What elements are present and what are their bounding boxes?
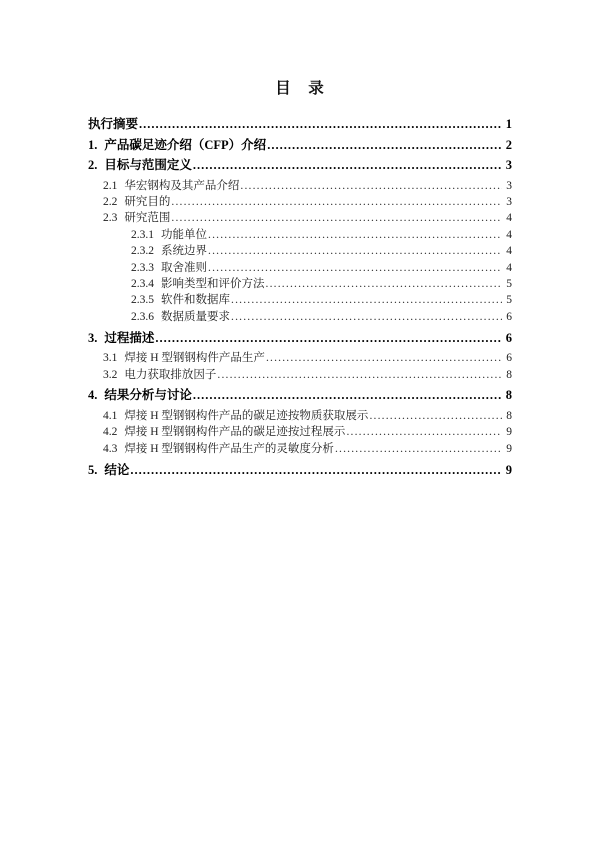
toc-entry-page: 9 xyxy=(503,441,512,457)
toc-entry: 2.3.6 数据质量要求 6 xyxy=(88,309,512,325)
toc-entry-number: 3.2 xyxy=(103,367,117,383)
toc-entry-label: 取舍准则 xyxy=(161,260,207,276)
toc-entry-label: 软件和数据库 xyxy=(161,292,230,308)
toc-entry-number: 5. xyxy=(88,462,97,478)
toc-entry: 2.3.3 取舍准则 4 xyxy=(88,260,512,276)
toc-entry-number: 2. xyxy=(88,157,97,173)
toc-entry-page: 6 xyxy=(503,330,512,346)
toc-entry-number: 2.3.2 xyxy=(131,243,154,259)
toc-entry-page: 6 xyxy=(503,350,512,366)
toc-entry-label: 产品碳足迹介绍（CFP）介绍 xyxy=(104,137,266,153)
toc-leader-dots xyxy=(139,116,502,132)
toc-entry: 2.3 研究范围 4 xyxy=(88,210,512,226)
toc-entry-number: 4.3 xyxy=(103,441,117,457)
toc-entry-page: 5 xyxy=(503,292,512,308)
toc-entry: 3.2 电力获取排放因子 8 xyxy=(88,367,512,383)
toc-leader-dots xyxy=(346,424,502,440)
toc-entry-number: 4.2 xyxy=(103,424,117,440)
toc-list: 执行摘要 1 1. 产品碳足迹介绍（CFP）介绍 2 2. 目标与范围定义 3 … xyxy=(88,116,512,478)
toc-leader-dots xyxy=(208,227,502,243)
toc-entry-label: 目标与范围定义 xyxy=(104,157,192,173)
toc-entry-label: 结论 xyxy=(104,462,129,478)
toc-entry-page: 3 xyxy=(503,194,512,210)
toc-entry: 3. 过程描述 6 xyxy=(88,330,512,346)
toc-leader-dots xyxy=(267,137,502,153)
toc-entry-page: 4 xyxy=(503,260,512,276)
toc-entry-label: 系统边界 xyxy=(161,243,207,259)
toc-leader-dots xyxy=(335,441,502,457)
toc-entry-page: 4 xyxy=(503,227,512,243)
toc-entry: 2.3.1 功能单位 4 xyxy=(88,227,512,243)
toc-entry-number: 2.3.5 xyxy=(131,292,154,308)
toc-entry-number: 3.1 xyxy=(103,350,117,366)
document-page: 目 录 执行摘要 1 1. 产品碳足迹介绍（CFP）介绍 2 2. 目标与范围定… xyxy=(0,0,600,848)
toc-leader-dots xyxy=(193,387,502,403)
toc-leader-dots xyxy=(208,243,502,259)
toc-entry-label: 执行摘要 xyxy=(88,116,138,132)
toc-entry-page: 4 xyxy=(503,210,512,226)
toc-entry-page: 8 xyxy=(503,408,512,424)
toc-entry-number: 3. xyxy=(88,330,97,346)
toc-entry-page: 9 xyxy=(503,462,512,478)
toc-entry-label: 功能单位 xyxy=(161,227,207,243)
toc-entry-label: 结果分析与讨论 xyxy=(104,387,192,403)
toc-leader-dots xyxy=(231,309,502,325)
toc-entry-page: 2 xyxy=(503,137,512,153)
toc-entry: 4.3 焊接 H 型钢钢构件产品生产的灵敏度分析 9 xyxy=(88,441,512,457)
toc-entry-label: 电力获取排放因子 xyxy=(124,367,216,383)
toc-leader-dots xyxy=(155,330,501,346)
toc-entry-label: 影响类型和评价方法 xyxy=(161,276,265,292)
toc-entry-label: 焊接 H 型钢钢构件产品的碳足迹按物质获取展示 xyxy=(124,408,368,424)
toc-entry-number: 2.3.4 xyxy=(131,276,154,292)
toc-leader-dots xyxy=(369,408,502,424)
toc-entry-page: 5 xyxy=(503,276,512,292)
toc-title: 目 录 xyxy=(88,76,512,98)
toc-entry-number: 2.1 xyxy=(103,178,117,194)
toc-leader-dots xyxy=(171,210,502,226)
toc-entry-page: 6 xyxy=(503,309,512,325)
toc-leader-dots xyxy=(217,367,502,383)
toc-entry-page: 8 xyxy=(503,367,512,383)
toc-entry-page: 8 xyxy=(503,387,512,403)
toc-entry: 3.1 焊接 H 型钢钢构件产品生产 6 xyxy=(88,350,512,366)
toc-entry-number: 4. xyxy=(88,387,97,403)
toc-entry: 2.2 研究目的 3 xyxy=(88,194,512,210)
toc-entry-number: 1. xyxy=(88,137,97,153)
toc-entry-page: 9 xyxy=(503,424,512,440)
toc-entry: 2. 目标与范围定义 3 xyxy=(88,157,512,173)
toc-leader-dots xyxy=(193,157,502,173)
toc-leader-dots xyxy=(171,194,502,210)
toc-entry-page: 3 xyxy=(503,157,512,173)
toc-leader-dots xyxy=(208,260,502,276)
toc-entry-number: 2.3.6 xyxy=(131,309,154,325)
toc-entry-page: 1 xyxy=(503,116,512,132)
toc-entry: 2.3.2 系统边界 4 xyxy=(88,243,512,259)
toc-entry-label: 研究目的 xyxy=(124,194,170,210)
toc-entry-number: 2.3.3 xyxy=(131,260,154,276)
toc-leader-dots xyxy=(266,276,503,292)
toc-leader-dots xyxy=(231,292,502,308)
toc-entry-label: 焊接 H 型钢钢构件产品的碳足迹按过程展示 xyxy=(124,424,345,440)
toc-entry-label: 华宏钢构及其产品介绍 xyxy=(124,178,239,194)
toc-entry-number: 2.2 xyxy=(103,194,117,210)
toc-entry-label: 过程描述 xyxy=(104,330,154,346)
toc-entry: 2.3.5 软件和数据库 5 xyxy=(88,292,512,308)
toc-entry-page: 4 xyxy=(503,243,512,259)
toc-entry: 执行摘要 1 xyxy=(88,116,512,132)
toc-entry-label: 焊接 H 型钢钢构件产品生产 xyxy=(124,350,265,366)
toc-entry: 2.3.4 影响类型和评价方法 5 xyxy=(88,276,512,292)
toc-entry-label: 研究范围 xyxy=(124,210,170,226)
toc-leader-dots xyxy=(240,178,502,194)
toc-leader-dots xyxy=(266,350,502,366)
toc-entry: 4.2 焊接 H 型钢钢构件产品的碳足迹按过程展示 9 xyxy=(88,424,512,440)
toc-entry-page: 3 xyxy=(503,178,512,194)
toc-leader-dots xyxy=(130,462,501,478)
toc-entry-label: 焊接 H 型钢钢构件产品生产的灵敏度分析 xyxy=(124,441,334,457)
toc-entry: 2.1 华宏钢构及其产品介绍 3 xyxy=(88,178,512,194)
toc-entry: 4.1 焊接 H 型钢钢构件产品的碳足迹按物质获取展示 8 xyxy=(88,408,512,424)
toc-entry-number: 4.1 xyxy=(103,408,117,424)
toc-entry-label: 数据质量要求 xyxy=(161,309,230,325)
toc-entry: 1. 产品碳足迹介绍（CFP）介绍 2 xyxy=(88,137,512,153)
toc-entry: 4. 结果分析与讨论 8 xyxy=(88,387,512,403)
toc-entry-number: 2.3 xyxy=(103,210,117,226)
toc-entry: 5. 结论 9 xyxy=(88,462,512,478)
toc-entry-number: 2.3.1 xyxy=(131,227,154,243)
